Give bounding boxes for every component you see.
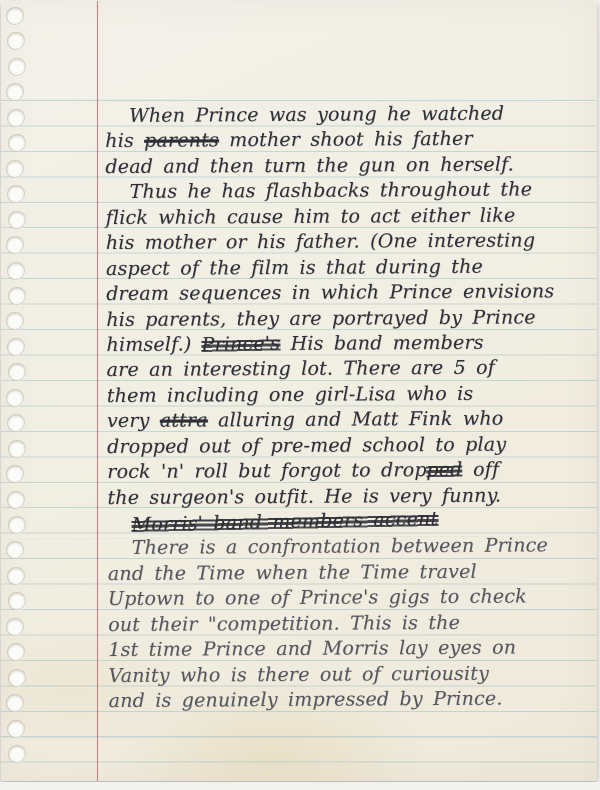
binding-hole [8,186,24,202]
text-segment: Uptown to one of Prince's gigs to check [108,586,527,611]
binding-hole [9,135,25,151]
binding-hole [7,8,23,24]
handwritten-line: and the Time when the Time travel [108,559,592,587]
handwriting-area: When Prince was young he watchedhis pare… [105,101,593,714]
text-segment: his [105,130,144,152]
handwritten-line: 1st time Prince and Morris lay eyes on [108,635,592,663]
notebook-page: When Prince was young he watchedhis pare… [1,1,597,781]
binding-hole [8,33,24,49]
struck-text: Prince's [201,331,280,358]
text-segment: flick which cause him to act either like [106,204,516,229]
text-segment: them including one girl-Lisa who is [107,383,474,407]
handwritten-line: his parents, they are portrayed by Princ… [106,305,590,333]
handwritten-line: flick which cause him to act either like [106,203,590,231]
handwritten-line: dream sequences in which Prince envision… [106,279,590,307]
binding-hole [8,721,24,737]
struck-text: ped [426,458,463,484]
handwritten-line: Morris' band members accent [107,508,591,536]
handwritten-line: dead and then turn the gun on herself. [105,152,589,180]
binding-hole [8,415,24,431]
text-segment: mother shoot his father [219,128,473,152]
text-segment: himself.) [106,333,201,356]
handwritten-line: Uptown to one of Prince's gigs to check [108,584,592,612]
handwritten-line: Vanity who is there out of curiousity [108,661,592,689]
struck-text: attra [160,410,208,432]
binding-hole [9,593,25,609]
handwritten-line: his parents mother shoot his father [105,126,589,154]
text-segment: out their "competition. This is the [108,612,460,636]
text-segment: dead and then turn the gun on herself. [105,153,514,177]
text-segment: There is a confrontation between Prince [132,535,548,560]
photo-background [0,782,600,790]
binding-hole [9,670,25,686]
handwritten-line: them including one girl-Lisa who is [107,381,591,409]
text-segment: his mother or his father. (One interesti… [106,230,535,255]
binding-hole [7,542,23,558]
text-segment: alluring and Matt Fink who [208,408,504,432]
handwritten-line: There is a confrontation between Prince [108,533,592,561]
handwritten-line: out their "competition. This is the [108,610,592,638]
text-segment: off [463,459,499,481]
handwritten-line: very attra alluring and Matt Fink who [107,406,591,434]
text-segment: When Prince was young he watched [129,103,504,127]
binding-hole [7,237,23,253]
handwritten-line: his mother or his father. (One interesti… [106,228,590,256]
binding-hole [8,263,24,279]
text-segment: the surgeon's outfit. He is very funny. [107,484,501,508]
binding-hole [7,390,23,406]
text-segment: Thus he has flashbacks throughout the [129,179,532,203]
binding-hole [7,161,23,177]
binding-hole [8,110,24,126]
handwritten-line: are an interesting lot. There are 5 of [107,355,591,383]
binding-hole [7,466,23,482]
text-segment: his parents, they are portrayed by Princ… [106,306,535,331]
binding-hole [8,492,24,508]
handwritten-line: the surgeon's outfit. He is very funny. [107,483,591,511]
binding-hole [7,313,23,329]
text-segment: and the Time when the Time travel [108,561,477,585]
text-segment: aspect of the film is that during the [106,255,483,279]
handwritten-line: aspect of the film is that during the [106,254,590,282]
handwritten-line: Thus he has flashbacks throughout the [105,177,589,205]
binding-hole [8,568,24,584]
binding-hole [9,441,25,457]
text-segment: and is genuinely impressed by Prince. [109,688,503,712]
struck-text: parents [144,130,219,152]
binding-hole [9,212,25,228]
text-segment: very [107,410,160,432]
text-segment: His band members [280,332,483,355]
handwritten-line: When Prince was young he watched [105,101,589,129]
handwritten-line: rock 'n' roll but forgot to dropped off [107,457,591,485]
text-segment: dream sequences in which Prince envision… [106,280,554,305]
binding-hole [7,695,23,711]
handwritten-line: and is genuinely impressed by Prince. [109,686,593,714]
spiral-holes [1,1,35,781]
text-segment: are an interesting lot. There are 5 of [107,357,496,381]
binding-hole [9,288,25,304]
margin-line [97,1,98,781]
binding-hole [8,339,24,355]
text-segment: 1st time Prince and Morris lay eyes on [108,637,516,661]
handwritten-line: himself.) Prince's His band members [106,330,590,358]
binding-hole [9,746,25,762]
binding-hole [7,84,23,100]
text-segment: dropped out of pre-med school to play [107,433,506,457]
text-segment: rock 'n' roll but forgot to drop [107,459,427,483]
handwritten-line: dropped out of pre-med school to play [107,432,591,460]
binding-hole [9,59,25,75]
binding-hole [8,644,24,660]
binding-hole [7,619,23,635]
binding-hole [9,517,25,533]
text-segment: Vanity who is there out of curiousity [108,662,489,686]
binding-hole [9,364,25,380]
